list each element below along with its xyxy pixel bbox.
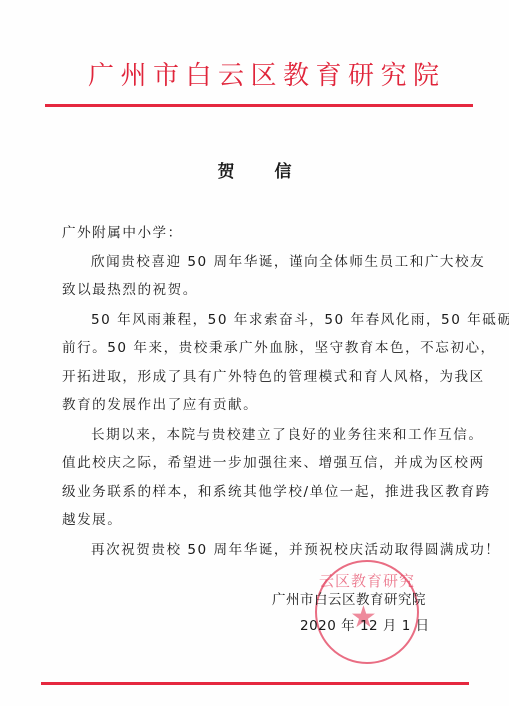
body-line: 50 年风雨兼程，50 年求索奋斗，50 年春风化雨，50 年砥砺 <box>91 311 509 329</box>
body-line: 前行。50 年来，贵校秉承广外血脉，坚守教育本色，不忘初心， <box>62 339 496 357</box>
letter-title-char-2: 信 <box>275 161 292 183</box>
letterhead-rule-top <box>45 104 473 107</box>
signature: 广州市白云区教育研究院 <box>272 591 426 609</box>
letterhead-rule-bottom <box>41 682 469 685</box>
body-line: 再次祝贺贵校 50 周年华诞，并预祝校庆活动取得圆满成功！ <box>91 541 500 559</box>
body-line: 教育的发展作出了应有贡献。 <box>62 396 258 414</box>
body-line: 值此校庆之际，希望进一步加强往来、增强互信，并成为区校两 <box>62 454 485 472</box>
letterhead-title: 广州市白云区教育研究院 <box>88 60 428 92</box>
body-line: 级业务联系的样本，和系统其他学校/单位一起，推进我区教育跨 <box>62 483 491 501</box>
date: 2020 年 12 月 1 日 <box>300 617 430 635</box>
body-line: 越发展。 <box>62 511 122 529</box>
salutation: 广外附属中小学： <box>62 224 183 242</box>
seal-text: 云区教育研究 <box>317 570 417 591</box>
body-line: 致以最热烈的祝贺。 <box>62 281 198 299</box>
body-line: 欣闻贵校喜迎 50 周年华诞，谨向全体师生员工和广大校友 <box>91 253 485 271</box>
letter-title: 贺信 <box>0 161 509 183</box>
official-seal: 云区教育研究 ★ <box>315 560 419 664</box>
body-line: 长期以来，本院与贵校建立了良好的业务往来和工作互信。 <box>91 426 483 444</box>
body-line: 开拓进取，形成了具有广外特色的管理模式和育人风格，为我区 <box>62 368 485 386</box>
letter-title-char-1: 贺 <box>218 161 235 183</box>
